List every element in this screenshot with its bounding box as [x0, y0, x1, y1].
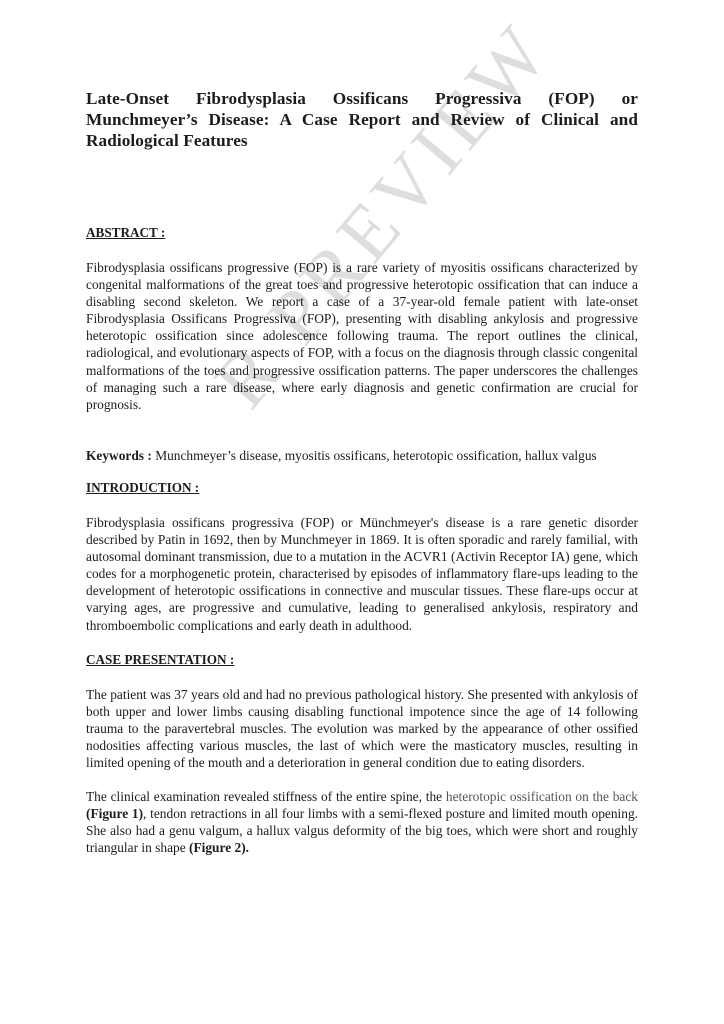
introduction-heading: INTRODUCTION : [86, 480, 638, 496]
document-page: Late-Onset Fibrodysplasia Ossificans Pro… [86, 88, 638, 856]
introduction-text: Fibrodysplasia ossificans progressiva (F… [86, 514, 638, 634]
case-presentation-heading: CASE PRESENTATION : [86, 652, 638, 668]
case-p2-part1: The clinical examination revealed stiffn… [86, 789, 446, 804]
keywords-label: Keywords : [86, 448, 152, 463]
figure-1-reference: (Figure 1) [86, 806, 143, 821]
case-paragraph-2: The clinical examination revealed stiffn… [86, 788, 638, 856]
case-paragraph-1: The patient was 37 years old and had no … [86, 686, 638, 771]
keywords: Keywords : Munchmeyer’s disease, myositi… [86, 447, 638, 464]
abstract-heading: ABSTRACT : [86, 225, 638, 241]
paper-title: Late-Onset Fibrodysplasia Ossificans Pro… [86, 88, 638, 151]
case-p2-part2: , tendon retractions in all four limbs w… [86, 806, 638, 855]
case-p2-part1-gray: heterotopic ossification on the back [446, 789, 638, 804]
figure-2-reference: (Figure 2). [189, 840, 249, 855]
keywords-text: Munchmeyer’s disease, myositis ossifican… [152, 448, 597, 463]
abstract-text: Fibrodysplasia ossificans progressive (F… [86, 259, 638, 413]
